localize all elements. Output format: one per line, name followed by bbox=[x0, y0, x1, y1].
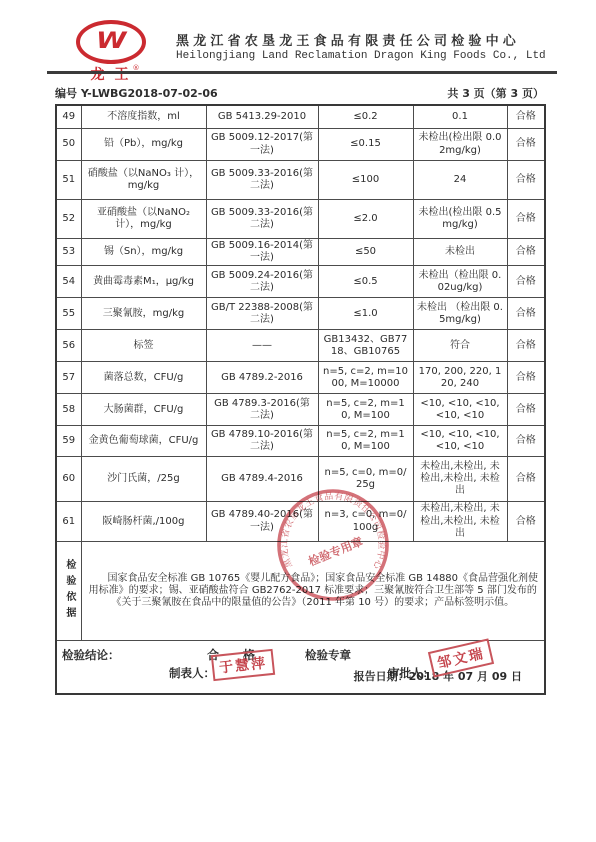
results-rows: 49 不溶度指数，ml GB 5413.29-2010 ≤0.2 0.1 合格 … bbox=[56, 105, 545, 541]
header-divider bbox=[47, 71, 557, 74]
cell-method: GB 5009.33-2016(第二法) bbox=[206, 161, 318, 200]
cell-requirement: ≤100 bbox=[318, 161, 413, 200]
cell-result: 24 bbox=[413, 161, 507, 200]
cell-conclusion: 合格 bbox=[507, 457, 545, 502]
cell-requirement: ≤0.2 bbox=[318, 105, 413, 129]
table-row: 50 铅（Pb），mg/kg GB 5009.12-2017(第一法) ≤0.1… bbox=[56, 129, 545, 161]
company-logo: W 龙王® bbox=[56, 20, 166, 84]
basis-label: 检验依据 bbox=[56, 541, 81, 640]
table-row: 53 锡（Sn），mg/kg GB 5009.16-2014(第一法) ≤50 … bbox=[56, 239, 545, 266]
cell-conclusion: 合格 bbox=[507, 161, 545, 200]
cell-item: 硝酸盐（以NaNO₃ 计），mg/kg bbox=[81, 161, 206, 200]
cell-method: GB 4789.40-2016(第一法) bbox=[206, 502, 318, 542]
seal-caption: 检验专章 bbox=[305, 648, 351, 662]
cell-row-number: 54 bbox=[56, 266, 81, 298]
conclusion-label: 检验结论： bbox=[62, 648, 120, 662]
cell-conclusion: 合格 bbox=[507, 330, 545, 362]
cell-result: 未检出,未检出, 未检出,未检出, 未检出 bbox=[413, 457, 507, 502]
cell-method: GB 4789.4-2016 bbox=[206, 457, 318, 502]
logo-ellipse-icon: W bbox=[76, 20, 146, 64]
cell-result: 未检出（检出限 0.02ug/kg) bbox=[413, 266, 507, 298]
table-row: 57 菌落总数，CFU/g GB 4789.2-2016 n=5, c=2, m… bbox=[56, 362, 545, 394]
cell-requirement: n=3, c=0, m=0/100g bbox=[318, 502, 413, 542]
cell-result: 符合 bbox=[413, 330, 507, 362]
basis-text: 国家食品安全标准 GB 10765《婴儿配方食品》；国家食品安全标准 GB 14… bbox=[81, 541, 545, 640]
preparer-label: 制表人： bbox=[169, 665, 215, 681]
cell-conclusion: 合格 bbox=[507, 105, 545, 129]
cell-row-number: 61 bbox=[56, 502, 81, 542]
company-name-en: Heilongjiang Land Reclamation Dragon Kin… bbox=[176, 50, 551, 62]
cell-row-number: 58 bbox=[56, 394, 81, 426]
doc-meta-row: 编号 Y-LWBG2018-07-02-06 共 3 页（第 3 页） bbox=[55, 85, 544, 101]
cell-item: 标签 bbox=[81, 330, 206, 362]
cell-row-number: 50 bbox=[56, 129, 81, 161]
cell-result: <10, <10, <10, <10, <10 bbox=[413, 426, 507, 457]
cell-row-number: 57 bbox=[56, 362, 81, 394]
logo-wordmark: 龙王® bbox=[56, 64, 166, 84]
cell-row-number: 60 bbox=[56, 457, 81, 502]
test-results-table: 49 不溶度指数，ml GB 5413.29-2010 ≤0.2 0.1 合格 … bbox=[55, 104, 546, 695]
table-row: 51 硝酸盐（以NaNO₃ 计），mg/kg GB 5009.33-2016(第… bbox=[56, 161, 545, 200]
cell-requirement: n=5, c=2, m=10, M=100 bbox=[318, 426, 413, 457]
cell-requirement: n=5, c=0, m=0/25g bbox=[318, 457, 413, 502]
cell-conclusion: 合格 bbox=[507, 129, 545, 161]
cell-item: 菌落总数，CFU/g bbox=[81, 362, 206, 394]
cell-requirement: ≤0.15 bbox=[318, 129, 413, 161]
cell-result: 未检出,未检出, 未检出,未检出, 未检出 bbox=[413, 502, 507, 542]
cell-item: 大肠菌群，CFU/g bbox=[81, 394, 206, 426]
cell-requirement: ≤0.5 bbox=[318, 266, 413, 298]
cell-row-number: 56 bbox=[56, 330, 81, 362]
doc-number: 编号 Y-LWBG2018-07-02-06 bbox=[55, 85, 218, 101]
table-row: 61 阪崎肠杆菌,/100g GB 4789.40-2016(第一法) n=3,… bbox=[56, 502, 545, 542]
cell-result: <10, <10, <10, <10, <10 bbox=[413, 394, 507, 426]
cell-method: GB/T 22388-2008(第二法) bbox=[206, 298, 318, 330]
logo-w-letter: W bbox=[96, 31, 126, 53]
cell-conclusion: 合格 bbox=[507, 426, 545, 457]
table-row: 60 沙门氏菌，/25g GB 4789.4-2016 n=5, c=0, m=… bbox=[56, 457, 545, 502]
cell-requirement: n=5, c=2, m=10, M=100 bbox=[318, 394, 413, 426]
cell-method: GB 4789.10-2016(第二法) bbox=[206, 426, 318, 457]
cell-item: 黄曲霉毒素M₁，μg/kg bbox=[81, 266, 206, 298]
cell-conclusion: 合格 bbox=[507, 239, 545, 266]
cell-requirement: ≤2.0 bbox=[318, 200, 413, 239]
table-row: 58 大肠菌群，CFU/g GB 4789.3-2016(第二法) n=5, c… bbox=[56, 394, 545, 426]
table-row: 59 金黄色葡萄球菌，CFU/g GB 4789.10-2016(第二法) n=… bbox=[56, 426, 545, 457]
cell-requirement: GB13432、GB7718、GB10765 bbox=[318, 330, 413, 362]
company-name-cn: 黑龙江省农垦龙王食品有限责任公司检验中心 bbox=[176, 30, 551, 49]
cell-item: 不溶度指数，ml bbox=[81, 105, 206, 129]
cell-requirement: ≤50 bbox=[318, 239, 413, 266]
cell-row-number: 52 bbox=[56, 200, 81, 239]
cell-row-number: 49 bbox=[56, 105, 81, 129]
cell-method: GB 5009.12-2017(第一法) bbox=[206, 129, 318, 161]
cell-item: 阪崎肠杆菌,/100g bbox=[81, 502, 206, 542]
cell-method: GB 4789.3-2016(第二法) bbox=[206, 394, 318, 426]
page-indicator: 共 3 页（第 3 页） bbox=[447, 85, 544, 101]
cell-requirement: n=5, c=2, m=1000, M=10000 bbox=[318, 362, 413, 394]
cell-result: 未检出(检出限 0.5mg/kg) bbox=[413, 200, 507, 239]
cell-item: 铅（Pb），mg/kg bbox=[81, 129, 206, 161]
cell-row-number: 51 bbox=[56, 161, 81, 200]
cell-item: 沙门氏菌，/25g bbox=[81, 457, 206, 502]
cell-result: 未检出(检出限 0.02mg/kg) bbox=[413, 129, 507, 161]
cell-method: GB 5413.29-2010 bbox=[206, 105, 318, 129]
cell-conclusion: 合格 bbox=[507, 266, 545, 298]
cell-item: 三聚氰胺，mg/kg bbox=[81, 298, 206, 330]
footer-sections: 检验依据 国家食品安全标准 GB 10765《婴儿配方食品》；国家食品安全标准 … bbox=[56, 541, 545, 694]
cell-requirement: ≤1.0 bbox=[318, 298, 413, 330]
table-row: 54 黄曲霉毒素M₁，μg/kg GB 5009.24-2016(第二法) ≤0… bbox=[56, 266, 545, 298]
table-row: 55 三聚氰胺，mg/kg GB/T 22388-2008(第二法) ≤1.0 … bbox=[56, 298, 545, 330]
cell-row-number: 59 bbox=[56, 426, 81, 457]
cell-result: 未检出 （检出限 0.5mg/kg) bbox=[413, 298, 507, 330]
cell-result: 未检出 bbox=[413, 239, 507, 266]
cell-item: 金黄色葡萄球菌，CFU/g bbox=[81, 426, 206, 457]
cell-conclusion: 合格 bbox=[507, 394, 545, 426]
cell-row-number: 53 bbox=[56, 239, 81, 266]
cell-conclusion: 合格 bbox=[507, 362, 545, 394]
cell-item: 亚硝酸盐（以NaNO₂ 计），mg/kg bbox=[81, 200, 206, 239]
cell-method: —— bbox=[206, 330, 318, 362]
cell-result: 0.1 bbox=[413, 105, 507, 129]
cell-method: GB 4789.2-2016 bbox=[206, 362, 318, 394]
table-row: 49 不溶度指数，ml GB 5413.29-2010 ≤0.2 0.1 合格 bbox=[56, 105, 545, 129]
report-page: W 龙王® 黑龙江省农垦龙王食品有限责任公司检验中心 Heilongjiang … bbox=[0, 0, 596, 842]
cell-method: GB 5009.33-2016(第二法) bbox=[206, 200, 318, 239]
basis-row: 检验依据 国家食品安全标准 GB 10765《婴儿配方食品》；国家食品安全标准 … bbox=[56, 541, 545, 640]
table-row: 52 亚硝酸盐（以NaNO₂ 计），mg/kg GB 5009.33-2016(… bbox=[56, 200, 545, 239]
cell-row-number: 55 bbox=[56, 298, 81, 330]
cell-conclusion: 合格 bbox=[507, 298, 545, 330]
approver-label: 审批人： bbox=[388, 665, 434, 681]
cell-result: 170, 200, 220, 120, 240 bbox=[413, 362, 507, 394]
cell-method: GB 5009.16-2014(第一法) bbox=[206, 239, 318, 266]
cell-item: 锡（Sn），mg/kg bbox=[81, 239, 206, 266]
table-row: 56 标签 —— GB13432、GB7718、GB10765 符合 合格 bbox=[56, 330, 545, 362]
cell-method: GB 5009.24-2016(第二法) bbox=[206, 266, 318, 298]
cell-conclusion: 合格 bbox=[507, 200, 545, 239]
cell-conclusion: 合格 bbox=[507, 502, 545, 542]
